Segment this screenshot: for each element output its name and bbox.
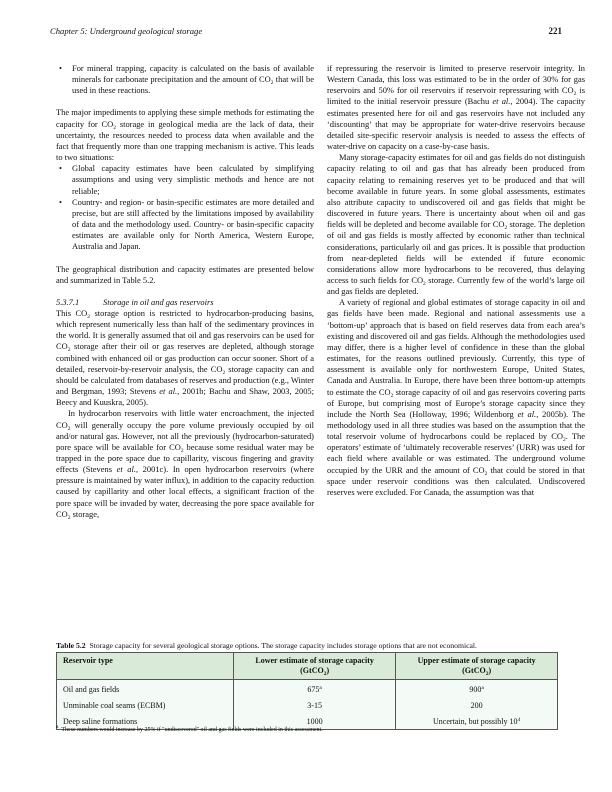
- body-paragraph: This CO2 storage option is restricted to…: [56, 308, 314, 408]
- left-column: For mineral trapping, capacity is calcul…: [56, 63, 314, 520]
- body-paragraph: In hydrocarbon reservoirs with little wa…: [56, 408, 314, 520]
- chapter-title: Chapter 5: Underground geological storag…: [50, 26, 202, 36]
- header-lower-estimate: Lower estimate of storage capacity(GtCO2…: [234, 653, 396, 680]
- section-heading: 5.3.7.1Storage in oil and gas reservoirs: [56, 297, 314, 308]
- impediments-paragraph: The major impediments to applying these …: [56, 107, 314, 163]
- cell-upper: 200: [396, 697, 558, 713]
- cell-lower: 3-15: [234, 697, 396, 713]
- table-footnote: a These numbers would increase by 25% if…: [56, 727, 323, 733]
- table-header-row: Reservoir type Lower estimate of storage…: [57, 653, 558, 680]
- cell-type: Oil and gas fields: [57, 680, 234, 698]
- table-caption: Table 5.2 Storage capacity for several g…: [56, 641, 477, 650]
- geographical-distribution-paragraph: The geographical distribution and capaci…: [56, 264, 314, 286]
- cell-lower: 675a: [234, 680, 396, 698]
- header-reservoir-type: Reservoir type: [57, 653, 234, 680]
- footnote-mark: a: [56, 724, 58, 730]
- section-number: 5.3.7.1: [56, 297, 103, 308]
- cell-upper: Uncertain, but possibly 104: [396, 713, 558, 730]
- body-paragraph: Many storage-capacity estimates for oil …: [327, 152, 585, 297]
- page-number: 221: [549, 26, 563, 36]
- table-row: Unminable coal seams (ECBM) 3-15 200: [57, 697, 558, 713]
- running-header: Chapter 5: Underground geological storag…: [50, 26, 562, 40]
- mineral-bullet-list: For mineral trapping, capacity is calcul…: [56, 63, 314, 96]
- storage-capacity-table: Reservoir type Lower estimate of storage…: [56, 652, 558, 730]
- cell-upper: 900a: [396, 680, 558, 698]
- bullet-country-estimates: Country- and region- or basin-specific e…: [56, 197, 314, 253]
- body-paragraph: if repressuring the reservoir is limited…: [327, 63, 585, 152]
- body-paragraph: A variety of regional and global estimat…: [327, 297, 585, 498]
- bullet-mineral-trapping: For mineral trapping, capacity is calcul…: [56, 63, 314, 96]
- header-upper-estimate: Upper estimate of storage capacity(GtCO2…: [396, 653, 558, 680]
- table-label: Table 5.2: [56, 641, 86, 650]
- right-column: if repressuring the reservoir is limited…: [327, 63, 585, 498]
- bullet-global-estimates: Global capacity estimates have been calc…: [56, 163, 314, 196]
- section-title: Storage in oil and gas reservoirs: [103, 297, 214, 307]
- cell-type: Unminable coal seams (ECBM): [57, 697, 234, 713]
- situations-bullet-list: Global capacity estimates have been calc…: [56, 163, 314, 252]
- table-row: Oil and gas fields 675a 900a: [57, 680, 558, 698]
